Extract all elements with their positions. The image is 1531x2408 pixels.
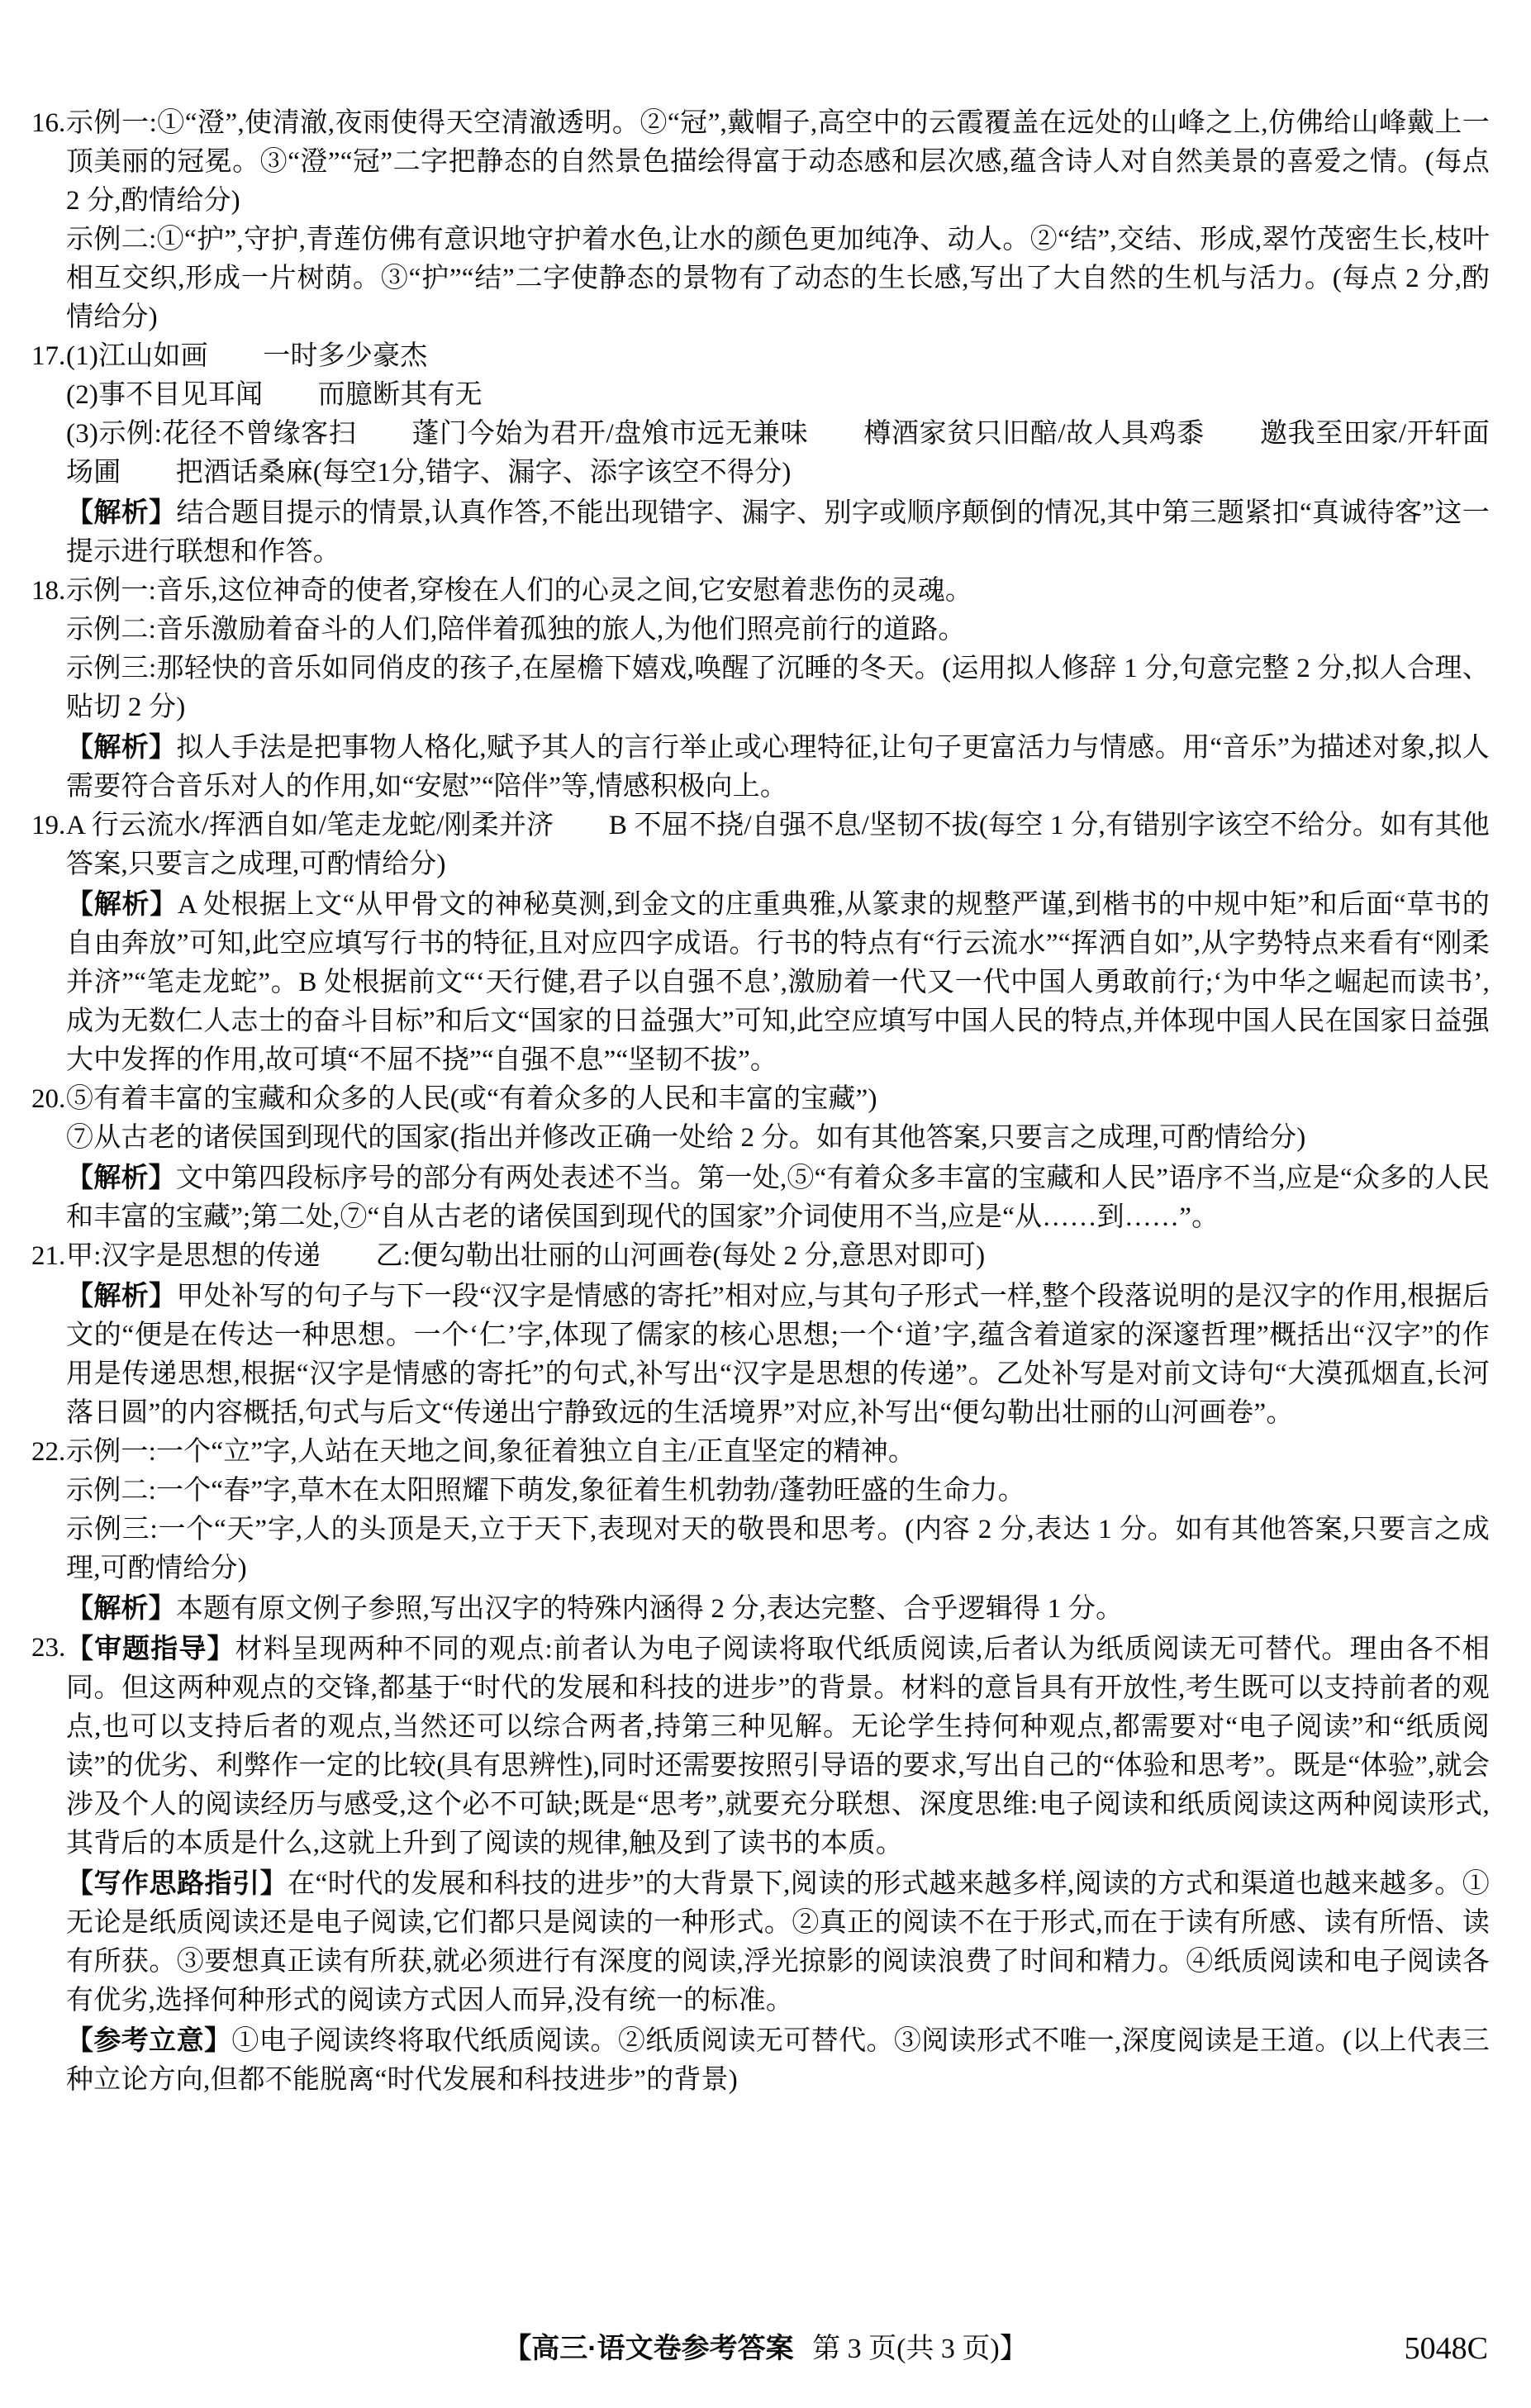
answer-paragraph: 示例二:①“护”,守护,青莲仿佛有意识地守护着水色,让水的颜色更加纯净、动人。②… (66, 221, 1490, 337)
answer-number: 17. (31, 337, 65, 376)
answer-item: 20.⑤有着丰富的宝藏和众多的人民(或“有着众多的人民和丰富的宝藏”)⑦从古老的… (31, 1080, 1490, 1237)
answer-paragraph: ⑦从古老的诸侯国到现代的国家(指出并修改正确一处给 2 分。如有其他答案,只要言… (66, 1119, 1490, 1158)
answer-paragraph: 【解析】甲处补写的句子与下一段“汉字是情感的寄托”相对应,与其句子形式一样,整个… (66, 1276, 1490, 1433)
answer-item: 21.甲:汉字是思想的传递 乙:便勾勒出壮丽的山河画卷(每处 2 分,意思对即可… (31, 1237, 1490, 1433)
section-label: 【解析】 (66, 731, 176, 762)
answer-number: 20. (31, 1080, 65, 1119)
answer-item: 17.(1)江山如画 一时多少豪杰(2)事不目见耳闻 而臆断其有无(3)示例:花… (31, 337, 1490, 572)
answer-paragraph: 【写作思路指引】在“时代的发展和科技的进步”的大背景下,阅读的形式越来越多样,阅… (66, 1863, 1490, 2020)
answer-number: 19. (31, 807, 65, 845)
section-label: 【解析】 (66, 497, 176, 527)
answer-paragraph: (1)江山如画 一时多少豪杰 (66, 337, 1490, 376)
answer-paragraph: (2)事不目见耳闻 而臆断其有无 (66, 376, 1490, 415)
answer-paragraph: (3)示例:花径不曾缘客扫 蓬门今始为君开/盘飧市远无兼味 樽酒家贫只旧醅/故人… (66, 415, 1490, 493)
answer-item: 23.【审题指导】材料呈现两种不同的观点:前者认为电子阅读将取代纸质阅读,后者认… (31, 1629, 1490, 2100)
answer-paragraph: 【解析】结合题目提示的情景,认真作答,不能出现错字、漏字、别字或顺序颠倒的情况,… (66, 493, 1490, 572)
answer-paragraph: 【解析】A 处根据上文“从甲骨文的神秘莫测,到金文的庄重典雅,从篆隶的规整严谨,… (66, 884, 1490, 1080)
answer-number: 23. (31, 1629, 65, 1668)
footer-page-number: 第 3 页(共 3 页)】 (801, 2334, 1028, 2364)
page: 16.示例一:①“澄”,使清澈,夜雨使得天空清澈透明。②“冠”,戴帽子,高空中的… (0, 0, 1531, 2408)
paper-code: 5048C (1405, 2330, 1488, 2367)
section-label: 【解析】 (66, 888, 178, 919)
answer-paragraph: 示例三:一个“天”字,人的头顶是天,立于天下,表现对天的敬畏和思考。(内容 2 … (66, 1511, 1490, 1588)
answer-paragraph: 示例二:音乐激励着奋斗的人们,陪伴着孤独的旅人,为他们照亮前行的道路。 (66, 611, 1490, 650)
answer-item: 18.示例一:音乐,这位神奇的使者,穿梭在人们的心灵之间,它安慰着悲伤的灵魂。示… (31, 572, 1490, 807)
answer-paragraph: 【解析】拟人手法是把事物人格化,赋予其人的言行举止或心理特征,让句子更富活力与情… (66, 727, 1490, 807)
section-label: 【写作思路指引】 (66, 1868, 288, 1898)
section-label: 【解析】 (66, 1162, 176, 1192)
answer-number: 22. (31, 1433, 65, 1472)
footer-center: 【高三·语文卷参考答案 第 3 页(共 3 页)】 (0, 2324, 1531, 2374)
section-label: 【参考立意】 (66, 2025, 231, 2055)
answer-item: 22.示例一:一个“立”字,人站在天地之间,象征着独立自主/正直坚定的精神。示例… (31, 1433, 1490, 1629)
answer-paragraph: 【解析】文中第四段标序号的部分有两处表述不当。第一处,⑤“有着众多丰富的宝藏和人… (66, 1158, 1490, 1237)
answer-paragraph: 示例一:一个“立”字,人站在天地之间,象征着独立自主/正直坚定的精神。 (66, 1433, 1490, 1472)
answers-list: 16.示例一:①“澄”,使清澈,夜雨使得天空清澈透明。②“冠”,戴帽子,高空中的… (31, 104, 1490, 2100)
answer-paragraph: 示例一:音乐,这位神奇的使者,穿梭在人们的心灵之间,它安慰着悲伤的灵魂。 (66, 572, 1490, 611)
section-label: 【审题指导】 (66, 1633, 235, 1663)
page-footer: 【高三·语文卷参考答案 第 3 页(共 3 页)】 5048C (0, 2324, 1531, 2373)
answer-paragraph: ⑤有着丰富的宝藏和众多的人民(或“有着众多的人民和丰富的宝藏”) (66, 1080, 1490, 1119)
answer-paragraph: A 行云流水/挥洒自如/笔走龙蛇/刚柔并济 B 不屈不挠/自强不息/坚韧不拔(每… (66, 807, 1490, 884)
answer-paragraph: 示例三:那轻快的音乐如同俏皮的孩子,在屋檐下嬉戏,唤醒了沉睡的冬天。(运用拟人修… (66, 650, 1490, 727)
answer-number: 18. (31, 572, 65, 611)
answer-paragraph: 【解析】本题有原文例子参照,写出汉字的特殊内涵得 2 分,表达完整、合乎逻辑得 … (66, 1588, 1490, 1629)
section-label: 【解析】 (66, 1592, 176, 1623)
section-label: 【解析】 (66, 1280, 176, 1311)
answer-item: 16.示例一:①“澄”,使清澈,夜雨使得天空清澈透明。②“冠”,戴帽子,高空中的… (31, 104, 1490, 337)
answer-paragraph: 【参考立意】①电子阅读终将取代纸质阅读。②纸质阅读无可替代。③阅读形式不唯一,深… (66, 2020, 1490, 2100)
footer-title: 【高三·语文卷参考答案 (503, 2333, 793, 2364)
answer-paragraph: 甲:汉字是思想的传递 乙:便勾勒出壮丽的山河画卷(每处 2 分,意思对即可) (66, 1237, 1490, 1276)
answer-number: 21. (31, 1237, 65, 1276)
answer-paragraph: 【审题指导】材料呈现两种不同的观点:前者认为电子阅读将取代纸质阅读,后者认为纸质… (66, 1629, 1490, 1863)
answer-paragraph: 示例一:①“澄”,使清澈,夜雨使得天空清澈透明。②“冠”,戴帽子,高空中的云霞覆… (66, 104, 1490, 221)
answer-item: 19.A 行云流水/挥洒自如/笔走龙蛇/刚柔并济 B 不屈不挠/自强不息/坚韧不… (31, 807, 1490, 1080)
answer-number: 16. (31, 104, 65, 143)
answer-paragraph: 示例二:一个“春”字,草木在太阳照耀下萌发,象征着生机勃勃/蓬勃旺盛的生命力。 (66, 1472, 1490, 1511)
